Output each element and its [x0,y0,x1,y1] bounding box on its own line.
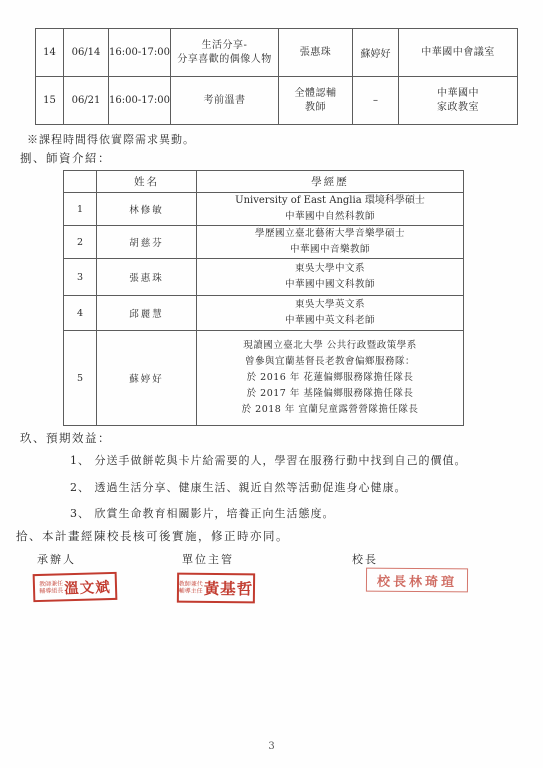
teacher-name: 胡慈芬 [97,226,197,259]
schedule-row-14: 14 06/14 16:00-17:00 生活分享- 分享喜歡的偶像人物 張惠珠… [36,29,518,77]
stamp-name: 溫文斌 [64,576,111,598]
session-time: 16:00-17:00 [109,77,171,125]
teacher-row: 4 邱麗慧 東吳大學英文系 中華國中英文科老師 [64,296,464,331]
page-number: 3 [0,741,543,752]
teacher-row: 5 蘇婷好 現讀國立臺北大學 公共行政暨政策學系 曾參與宜蘭基督長老教會偏鄉服務… [64,331,464,426]
background-line: 東吳大學中文系 [197,261,463,277]
stamp-name: 校長林琦瑄 [377,570,457,590]
teacher-line: 全體認輔 [279,87,352,101]
stamp-name: 黃基哲 [204,577,254,600]
session-date: 06/14 [64,29,109,77]
location-line: 中華國中會議室 [399,46,517,60]
background-line: 於 2017 年 基隆偏鄉服務隊擔任隊長 [197,386,463,402]
teacher-background: 現讀國立臺北大學 公共行政暨政策學系 曾參與宜蘭基督長老教會偏鄉服務隊： 於 2… [197,331,464,426]
stamp-role-text: 教師兼代 輔導主任 [179,581,203,595]
background-line: 曾參與宜蘭基督長老教會偏鄉服務隊： [197,354,463,370]
teacher-table-header-row: 姓名 學經歷 [64,171,464,193]
background-line: 現讀國立臺北大學 公共行政暨政策學系 [197,338,463,354]
document-page: 14 06/14 16:00-17:00 生活分享- 分享喜歡的偶像人物 張惠珠… [0,0,543,768]
header-name-cell: 姓名 [97,171,197,193]
session-time: 16:00-17:00 [109,29,171,77]
section-8-heading: 捌、師資介紹： [20,150,111,166]
session-co-teacher: – [353,77,399,125]
session-topic: 生活分享- 分享喜歡的偶像人物 [171,29,279,77]
session-location: 中華國中 家政教室 [399,77,518,125]
benefit-item: 1、 分送手做餅乾與卡片給需要的人，學習在服務行動中找到自己的價值。 [70,452,467,468]
teacher-index: 2 [64,226,97,259]
teacher-line: 張惠珠 [279,46,352,60]
benefit-item: 3、 欣賞生命教育相關影片，培養正向生活態度。 [70,505,335,521]
background-line: 中華國中自然科教師 [197,209,463,225]
session-teacher: 張惠珠 [279,29,353,77]
schedule-row-15: 15 06/21 16:00-17:00 考前溫書 全體認輔 教師 – 中華國中… [36,77,518,125]
organizer-label: 承辦人 [37,551,76,567]
topic-line: 生活分享- [171,39,278,53]
background-line: 中華國中國文科教師 [197,277,463,293]
background-line: 於 2016 年 花蓮偏鄉服務隊擔任隊長 [197,370,463,386]
session-location: 中華國中會議室 [399,29,518,77]
topic-line: 考前溫書 [171,94,278,108]
schedule-change-note: ※課程時間得依實際需求異動。 [27,131,195,147]
teacher-index: 1 [64,193,97,226]
section-10-approval-line: 拾、本計畫經陳校長核可後實施，修正時亦同。 [16,528,289,544]
teacher-name: 邱麗慧 [97,296,197,331]
session-number: 14 [36,29,64,77]
location-line: 家政教室 [399,101,517,115]
teacher-index: 4 [64,296,97,331]
teacher-background: 東吳大學英文系 中華國中英文科老師 [197,296,464,331]
stamp-role-line: 輔導組長 [39,587,63,595]
teacher-background: 學歷國立臺北藝術大學音樂學碩士 中華國中音樂教師 [197,226,464,259]
background-line: 學歷國立臺北藝術大學音樂學碩士 [197,226,463,242]
teacher-name: 林修敏 [97,193,197,226]
principal-label: 校長 [352,551,378,567]
teacher-name: 張惠珠 [97,259,197,296]
supervisor-label: 單位主管 [182,551,234,567]
teacher-index: 5 [64,331,97,426]
background-line: 於 2018 年 宜蘭兒童露營營隊擔任隊長 [197,402,463,418]
teacher-background: 東吳大學中文系 中華國中國文科教師 [197,259,464,296]
topic-line: 分享喜歡的偶像人物 [171,53,278,67]
benefit-item: 2、 透過生活分享、健康生活、親近自然等活動促進身心健康。 [70,479,407,495]
schedule-table: 14 06/14 16:00-17:00 生活分享- 分享喜歡的偶像人物 張惠珠… [35,28,518,125]
principal-stamp: 校長林琦瑄 [366,568,468,593]
header-background-cell: 學經歷 [197,171,464,193]
teacher-name: 蘇婷好 [97,331,197,426]
session-number: 15 [36,77,64,125]
background-line: University of East Anglia 環境科學碩士 [197,193,463,209]
session-co-teacher: 蘇婷好 [353,29,399,77]
organizer-stamp: 教師兼任 輔導組長 溫文斌 [33,572,118,602]
teacher-index: 3 [64,259,97,296]
teacher-background: University of East Anglia 環境科學碩士 中華國中自然科… [197,193,464,226]
teacher-row: 3 張惠珠 東吳大學中文系 中華國中國文科教師 [64,259,464,296]
teacher-row: 1 林修敏 University of East Anglia 環境科學碩士 中… [64,193,464,226]
section-9-heading: 玖、預期效益： [20,430,111,446]
background-line: 中華國中音樂教師 [197,242,463,258]
teacher-line: 教師 [279,101,352,115]
session-date: 06/21 [64,77,109,125]
background-line: 東吳大學英文系 [197,297,463,313]
teacher-row: 2 胡慈芬 學歷國立臺北藝術大學音樂學碩士 中華國中音樂教師 [64,226,464,259]
teacher-table: 姓名 學經歷 1 林修敏 University of East Anglia 環… [63,170,464,426]
session-teacher: 全體認輔 教師 [279,77,353,125]
session-topic: 考前溫書 [171,77,279,125]
location-line: 中華國中 [399,87,517,101]
supervisor-stamp: 教師兼代 輔導主任 黃基哲 [177,573,255,604]
background-line: 中華國中英文科老師 [197,313,463,329]
header-index-cell [64,171,97,193]
stamp-role-text: 教師兼任 輔導組長 [39,580,63,595]
stamp-role-line: 輔導主任 [179,588,203,595]
